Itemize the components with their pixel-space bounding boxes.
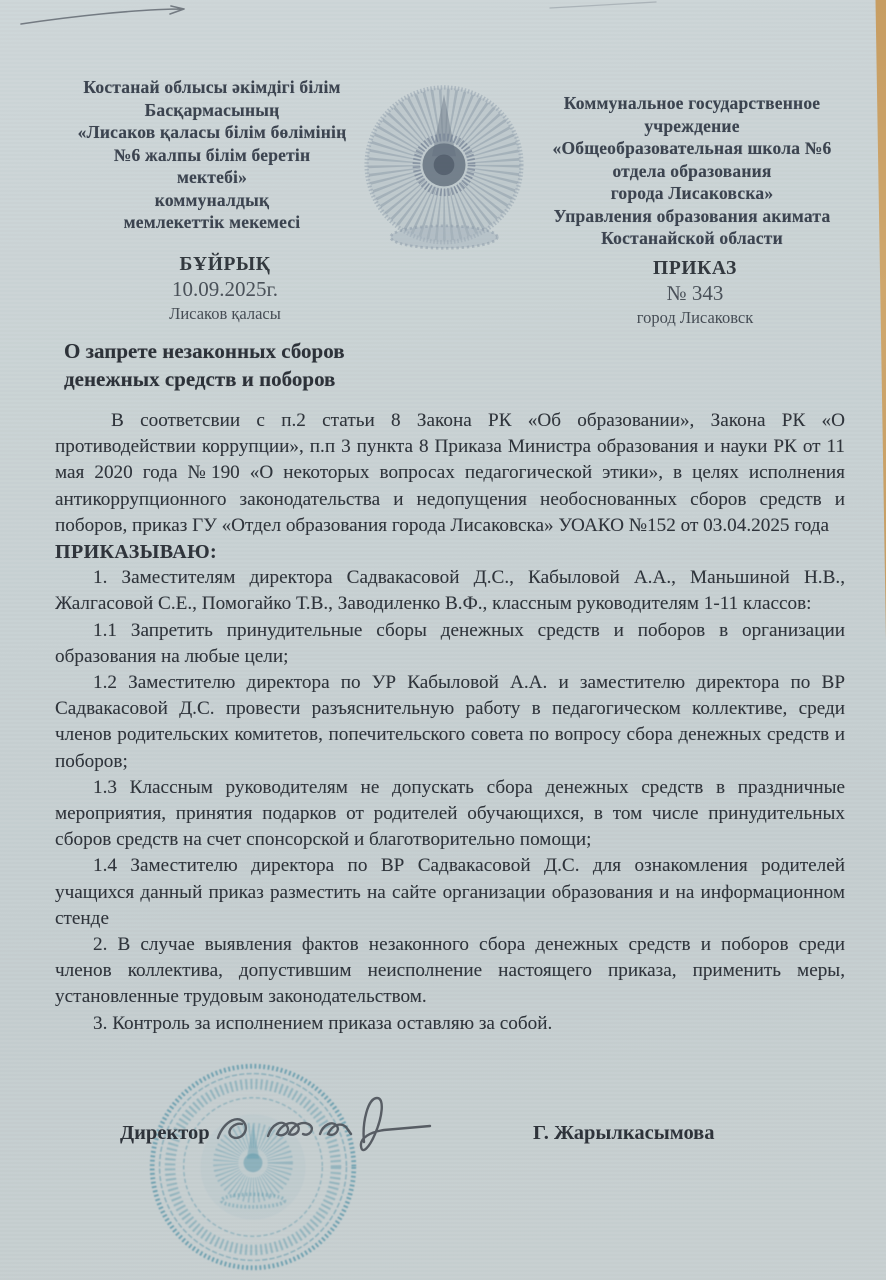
order-body: В соответсвии с п.2 статьи 8 Закона РК «… <box>55 408 845 1037</box>
order-item: 1.4 Заместителю директора по ВР Садвакас… <box>55 853 845 932</box>
order-item: 1.3 Классным руководителям не допускать … <box>55 775 845 854</box>
order-item: 3. Контроль за исполнением приказа остав… <box>55 1011 845 1037</box>
order-item: 1.2 Заместителю директора по УР Кабылово… <box>55 670 845 775</box>
pen-mark-icon <box>548 0 660 10</box>
order-title-ru: ПРИКАЗ <box>570 258 820 280</box>
org-line: Костанайской области <box>524 227 860 250</box>
director-name: Г. Жарылкасымова <box>533 1122 715 1145</box>
org-line: «Лисаков қаласы білім бөлімінің <box>52 121 372 144</box>
order-block-kazakh: БҰЙРЫҚ 10.09.2025г. Лисаков қаласы <box>90 254 360 324</box>
order-number: № 343 <box>570 281 820 306</box>
org-line: мектебі» <box>52 166 372 189</box>
subject-line: денежных средств и поборов <box>64 366 345 394</box>
org-line: учреждение <box>524 115 860 138</box>
org-line: «Общеобразовательная школа №6 <box>524 137 860 160</box>
org-line: Коммунальное государственное <box>524 92 860 115</box>
director-label: Директор <box>120 1122 210 1145</box>
org-line: Управления образования акимата <box>524 205 860 228</box>
order-item: 1.1 Запретить принудительные сборы денеж… <box>55 618 845 670</box>
state-emblem-icon <box>356 84 532 256</box>
order-place-kk: Лисаков қаласы <box>90 304 360 324</box>
order-date: 10.09.2025г. <box>90 277 360 302</box>
signature-scribble-icon <box>212 1086 444 1166</box>
order-subject: О запрете незаконных сборов денежных сре… <box>64 338 345 393</box>
desk-edge <box>871 0 886 640</box>
order-title-kk: БҰЙРЫҚ <box>90 254 360 276</box>
org-line: Басқармасының <box>52 99 372 122</box>
pen-mark-icon <box>18 2 198 30</box>
resolve-word: ПРИКАЗЫВАЮ: <box>55 539 845 565</box>
order-item: 2. В случае выявления фактов незаконного… <box>55 932 845 1011</box>
order-place-ru: город Лисаковск <box>570 308 820 328</box>
subject-line: О запрете незаконных сборов <box>64 338 345 366</box>
org-name-kazakh: Костанай облысы әкімдігі білім Басқармас… <box>52 76 372 234</box>
order-block-russian: ПРИКАЗ № 343 город Лисаковск <box>570 258 820 328</box>
org-line: коммуналдық <box>52 189 372 212</box>
org-line: города Лисаковска» <box>524 182 860 205</box>
org-name-russian: Коммунальное государственное учреждение … <box>524 92 860 250</box>
org-line: №6 жалпы білім беретін <box>52 144 372 167</box>
org-line: мемлекеттік мекемесі <box>52 211 372 234</box>
org-line: Костанай облысы әкімдігі білім <box>52 76 372 99</box>
intro-paragraph: В соответсвии с п.2 статьи 8 Закона РК «… <box>55 408 845 539</box>
org-line: отдела образования <box>524 160 860 183</box>
scanned-order-document: Костанай облысы әкімдігі білім Басқармас… <box>0 0 886 1280</box>
order-item: 1. Заместителям директора Садвакасовой Д… <box>55 565 845 617</box>
